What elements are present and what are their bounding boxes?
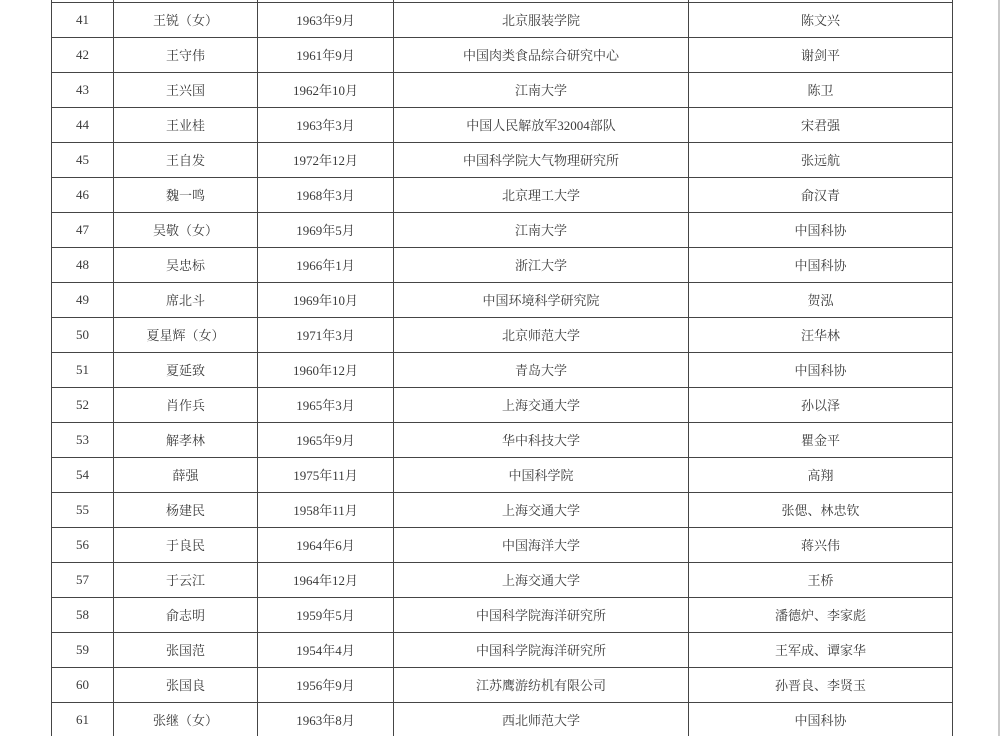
- table-row: 56于良民1964年6月中国海洋大学蒋兴伟: [52, 527, 953, 562]
- cell-birth-date: 1958年11月: [258, 492, 394, 527]
- cell-birth-date: 1956年9月: [258, 667, 394, 702]
- cell-birth-date: 1969年5月: [258, 212, 394, 247]
- cell-name: 张继（女）: [114, 702, 258, 736]
- cell-nominator: 中国科协: [689, 212, 953, 247]
- cell-organization: 北京理工大学: [394, 177, 689, 212]
- cell-name: 夏星辉（女）: [114, 317, 258, 352]
- cell-serial-number: 49: [52, 282, 114, 317]
- cell-name: 王自发: [114, 142, 258, 177]
- cell-nominator: 宋君强: [689, 107, 953, 142]
- cell-serial-number: 44: [52, 107, 114, 142]
- cell-organization: 中国肉类食品综合研究中心: [394, 37, 689, 72]
- cell-serial-number: 51: [52, 352, 114, 387]
- cell-nominator: 孙晋良、李贤玉: [689, 667, 953, 702]
- cell-serial-number: 47: [52, 212, 114, 247]
- cell-serial-number: 61: [52, 702, 114, 736]
- cell-nominator: 孙以泽: [689, 387, 953, 422]
- cell-serial-number: 42: [52, 37, 114, 72]
- cell-serial-number: 57: [52, 562, 114, 597]
- cell-name: 王守伟: [114, 37, 258, 72]
- cell-name: 吴忠标: [114, 247, 258, 282]
- cell-organization: 西北师范大学: [394, 702, 689, 736]
- cell-serial-number: 43: [52, 72, 114, 107]
- cell-nominator: 潘德炉、李家彪: [689, 597, 953, 632]
- cell-nominator: 中国科协: [689, 247, 953, 282]
- cell-serial-number: 45: [52, 142, 114, 177]
- table-row: 52肖作兵1965年3月上海交通大学孙以泽: [52, 387, 953, 422]
- cell-birth-date: 1959年5月: [258, 597, 394, 632]
- cell-nominator: 谢剑平: [689, 37, 953, 72]
- cell-organization: 上海交通大学: [394, 562, 689, 597]
- cell-name: 吴敬（女）: [114, 212, 258, 247]
- cell-serial-number: 53: [52, 422, 114, 457]
- cell-name: 席北斗: [114, 282, 258, 317]
- cell-birth-date: 1963年9月: [258, 2, 394, 37]
- cell-nominator: 贺泓: [689, 282, 953, 317]
- cell-serial-number: 60: [52, 667, 114, 702]
- cell-name: 夏延致: [114, 352, 258, 387]
- table-row: 44王业桂1963年3月中国人民解放军32004部队宋君强: [52, 107, 953, 142]
- cell-serial-number: 54: [52, 457, 114, 492]
- cell-organization: 中国科学院大气物理研究所: [394, 142, 689, 177]
- table-row: 57于云江1964年12月上海交通大学王桥: [52, 562, 953, 597]
- cell-organization: 上海交通大学: [394, 492, 689, 527]
- cell-organization: 浙江大学: [394, 247, 689, 282]
- cell-organization: 江南大学: [394, 212, 689, 247]
- cell-organization: 华中科技大学: [394, 422, 689, 457]
- cell-organization: 上海交通大学: [394, 387, 689, 422]
- cell-name: 杨建民: [114, 492, 258, 527]
- cell-serial-number: 48: [52, 247, 114, 282]
- cell-nominator: 张远航: [689, 142, 953, 177]
- nominee-table: 41王锐（女）1963年9月北京服装学院陈文兴42王守伟1961年9月中国肉类食…: [51, 0, 953, 736]
- table-row: 61张继（女）1963年8月西北师范大学中国科协: [52, 702, 953, 736]
- cell-serial-number: 55: [52, 492, 114, 527]
- table-row: 60张国良1956年9月江苏鹰游纺机有限公司孙晋良、李贤玉: [52, 667, 953, 702]
- cell-birth-date: 1954年4月: [258, 632, 394, 667]
- cell-birth-date: 1960年12月: [258, 352, 394, 387]
- table-row: 45王自发1972年12月中国科学院大气物理研究所张远航: [52, 142, 953, 177]
- cell-organization: 中国人民解放军32004部队: [394, 107, 689, 142]
- cell-nominator: 瞿金平: [689, 422, 953, 457]
- cell-name: 薛强: [114, 457, 258, 492]
- cell-birth-date: 1964年12月: [258, 562, 394, 597]
- table-row: 54薛强1975年11月中国科学院高翔: [52, 457, 953, 492]
- cell-organization: 北京服装学院: [394, 2, 689, 37]
- cell-organization: 北京师范大学: [394, 317, 689, 352]
- table-row: 47吴敬（女）1969年5月江南大学中国科协: [52, 212, 953, 247]
- cell-organization: 中国科学院海洋研究所: [394, 597, 689, 632]
- table-row: 59张国范1954年4月中国科学院海洋研究所王军成、谭家华: [52, 632, 953, 667]
- cell-name: 俞志明: [114, 597, 258, 632]
- cell-organization: 江苏鹰游纺机有限公司: [394, 667, 689, 702]
- cell-birth-date: 1966年1月: [258, 247, 394, 282]
- cell-organization: 中国科学院海洋研究所: [394, 632, 689, 667]
- cell-name: 肖作兵: [114, 387, 258, 422]
- cell-birth-date: 1964年6月: [258, 527, 394, 562]
- cell-birth-date: 1961年9月: [258, 37, 394, 72]
- cell-serial-number: 50: [52, 317, 114, 352]
- cell-nominator: 王桥: [689, 562, 953, 597]
- cell-nominator: 王军成、谭家华: [689, 632, 953, 667]
- cell-serial-number: 58: [52, 597, 114, 632]
- cell-birth-date: 1963年3月: [258, 107, 394, 142]
- table-row: 49席北斗1969年10月中国环境科学研究院贺泓: [52, 282, 953, 317]
- table-row: 50夏星辉（女）1971年3月北京师范大学汪华林: [52, 317, 953, 352]
- table-row: 42王守伟1961年9月中国肉类食品综合研究中心谢剑平: [52, 37, 953, 72]
- cell-organization: 青岛大学: [394, 352, 689, 387]
- cell-serial-number: 52: [52, 387, 114, 422]
- cell-name: 于云江: [114, 562, 258, 597]
- cell-organization: 中国科学院: [394, 457, 689, 492]
- table-row: 55杨建民1958年11月上海交通大学张偲、林忠钦: [52, 492, 953, 527]
- cell-birth-date: 1972年12月: [258, 142, 394, 177]
- cell-name: 张国良: [114, 667, 258, 702]
- cell-birth-date: 1971年3月: [258, 317, 394, 352]
- cell-organization: 中国海洋大学: [394, 527, 689, 562]
- table-row: 58俞志明1959年5月中国科学院海洋研究所潘德炉、李家彪: [52, 597, 953, 632]
- table-row: 43王兴国1962年10月江南大学陈卫: [52, 72, 953, 107]
- cell-serial-number: 46: [52, 177, 114, 212]
- nominee-table-body: 41王锐（女）1963年9月北京服装学院陈文兴42王守伟1961年9月中国肉类食…: [52, 0, 953, 736]
- table-row: 46魏一鸣1968年3月北京理工大学俞汉青: [52, 177, 953, 212]
- cell-name: 王业桂: [114, 107, 258, 142]
- cell-serial-number: 59: [52, 632, 114, 667]
- cell-nominator: 高翔: [689, 457, 953, 492]
- cell-name: 王锐（女）: [114, 2, 258, 37]
- table-row: 48吴忠标1966年1月浙江大学中国科协: [52, 247, 953, 282]
- cell-nominator: 中国科协: [689, 352, 953, 387]
- cell-birth-date: 1963年8月: [258, 702, 394, 736]
- cell-nominator: 张偲、林忠钦: [689, 492, 953, 527]
- cell-name: 张国范: [114, 632, 258, 667]
- cell-birth-date: 1965年3月: [258, 387, 394, 422]
- cell-birth-date: 1965年9月: [258, 422, 394, 457]
- cell-birth-date: 1969年10月: [258, 282, 394, 317]
- cell-organization: 中国环境科学研究院: [394, 282, 689, 317]
- cell-organization: 江南大学: [394, 72, 689, 107]
- cell-birth-date: 1968年3月: [258, 177, 394, 212]
- cell-nominator: 陈卫: [689, 72, 953, 107]
- cell-nominator: 陈文兴: [689, 2, 953, 37]
- cell-name: 于良民: [114, 527, 258, 562]
- cell-birth-date: 1962年10月: [258, 72, 394, 107]
- table-row: 53解孝林1965年9月华中科技大学瞿金平: [52, 422, 953, 457]
- cell-serial-number: 41: [52, 2, 114, 37]
- table-row: 51夏延致1960年12月青岛大学中国科协: [52, 352, 953, 387]
- cell-name: 解孝林: [114, 422, 258, 457]
- cell-serial-number: 56: [52, 527, 114, 562]
- cell-nominator: 中国科协: [689, 702, 953, 736]
- table-row: 41王锐（女）1963年9月北京服装学院陈文兴: [52, 2, 953, 37]
- cell-nominator: 俞汉青: [689, 177, 953, 212]
- cell-name: 王兴国: [114, 72, 258, 107]
- document-page: 41王锐（女）1963年9月北京服装学院陈文兴42王守伟1961年9月中国肉类食…: [0, 0, 1000, 736]
- cell-nominator: 蒋兴伟: [689, 527, 953, 562]
- cell-nominator: 汪华林: [689, 317, 953, 352]
- cell-name: 魏一鸣: [114, 177, 258, 212]
- cell-birth-date: 1975年11月: [258, 457, 394, 492]
